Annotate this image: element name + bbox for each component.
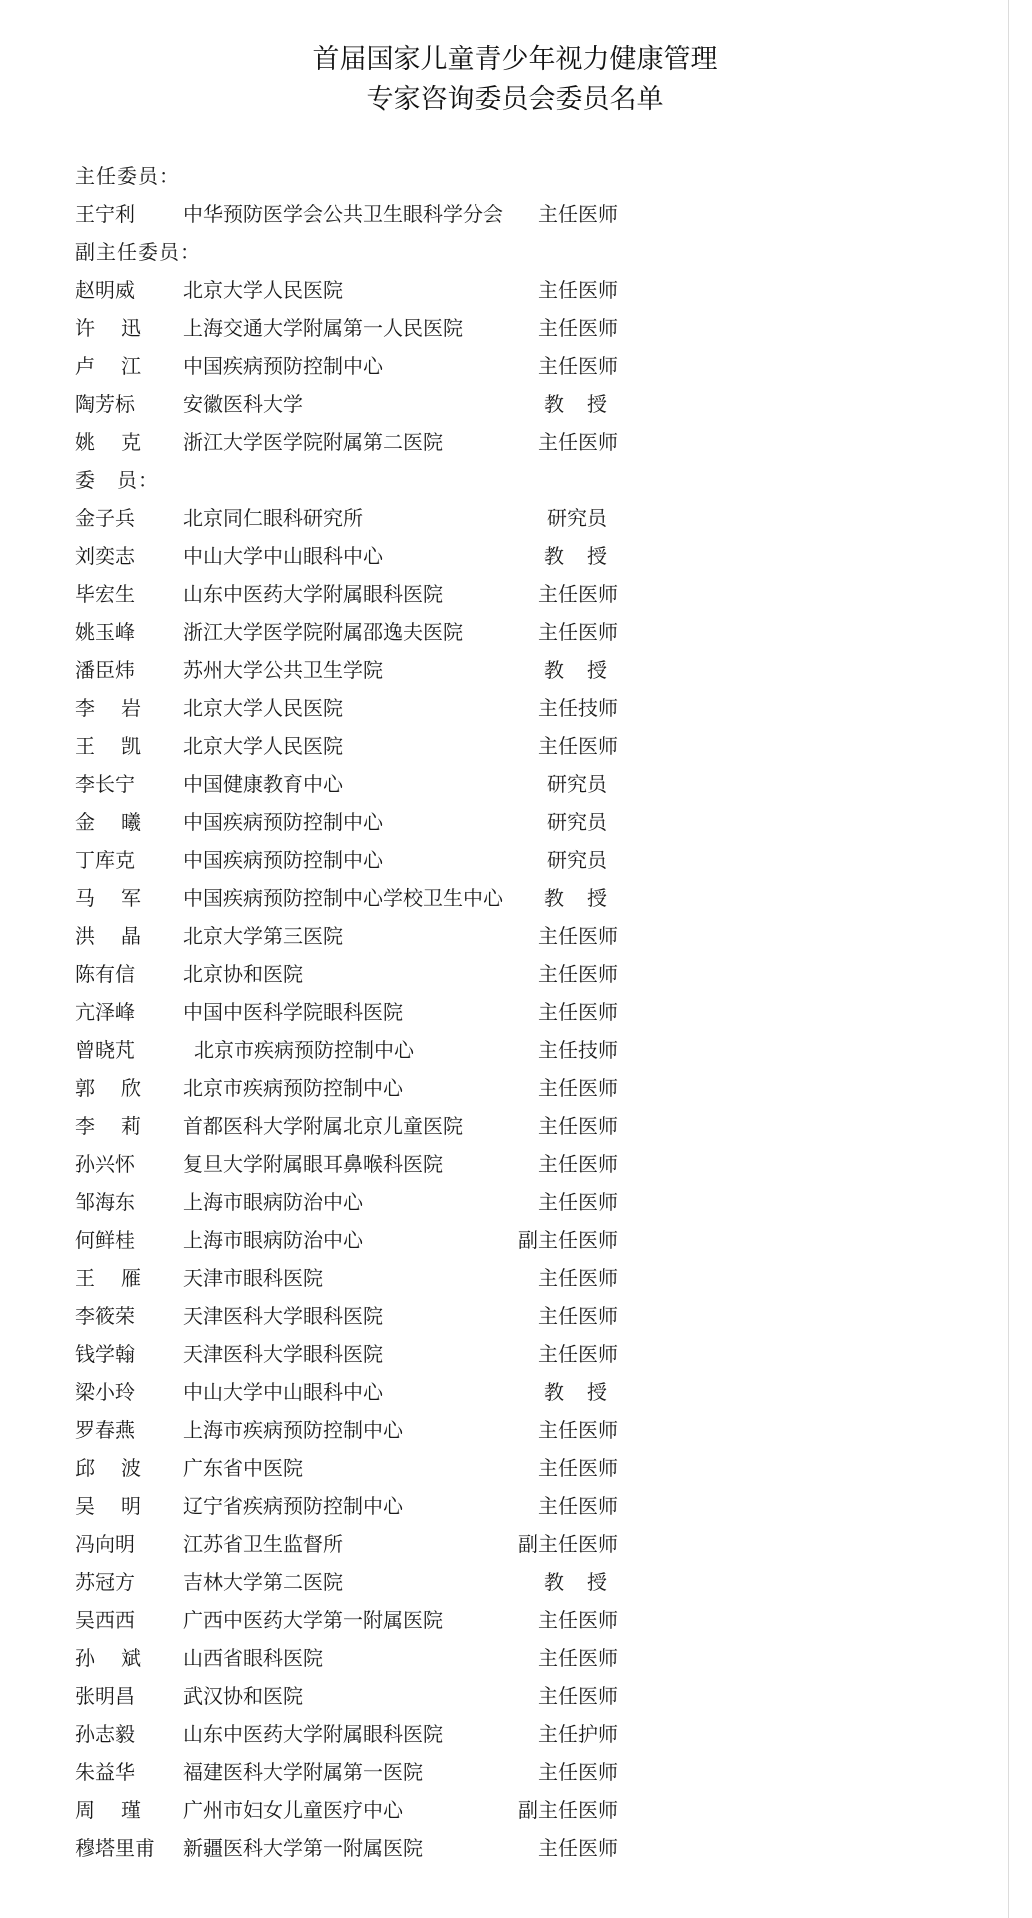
member-organization: 广西中医药大学第一附属医院 [183, 1601, 443, 1639]
member-rank: 主任医师 [538, 1639, 618, 1677]
member-row: 梁小玲中山大学中山眼科中心教授 [75, 1373, 635, 1411]
char: 金 [75, 803, 95, 841]
member-organization: 北京市疾病预防控制中心 [194, 1031, 414, 1069]
member-name: 郭欣 [75, 1069, 141, 1107]
char: 明 [121, 1487, 141, 1525]
char: 洪 [75, 917, 95, 955]
member-organization: 北京协和医院 [183, 955, 303, 993]
member-name: 曾晓芃 [75, 1031, 175, 1069]
member-row: 邱波广东省中医院主任医师 [75, 1449, 635, 1487]
member-row: 卢江中国疾病预防控制中心主任医师 [75, 347, 635, 385]
char: 李 [75, 689, 95, 727]
member-rank: 主任医师 [538, 1145, 618, 1183]
member-name: 潘臣炜 [75, 651, 175, 689]
member-organization: 武汉协和医院 [183, 1677, 303, 1715]
member-row: 张明昌武汉协和医院主任医师 [75, 1677, 635, 1715]
member-rank: 主任医师 [538, 1069, 618, 1107]
member-organization: 新疆医科大学第一附属医院 [183, 1829, 423, 1867]
member-row: 曾晓芃北京市疾病预防控制中心主任技师 [75, 1031, 635, 1069]
char: 莉 [121, 1107, 141, 1145]
member-organization: 山西省眼科医院 [183, 1639, 323, 1677]
char: 吴 [75, 1487, 95, 1525]
char: 邱 [75, 1449, 95, 1487]
member-rank: 主任医师 [538, 727, 618, 765]
member-row: 王雁天津市眼科医院主任医师 [75, 1259, 635, 1297]
member-row: 李筱荣天津医科大学眼科医院主任医师 [75, 1297, 635, 1335]
member-organization: 中国疾病预防控制中心 [183, 841, 383, 879]
member-rank: 主任医师 [538, 195, 618, 233]
member-rank: 研究员 [547, 499, 607, 537]
section-label: 副主任委员： [75, 233, 201, 271]
member-organization: 北京大学人民医院 [183, 727, 343, 765]
member-organization: 吉林大学第二医院 [183, 1563, 343, 1601]
member-rank: 主任医师 [538, 613, 618, 651]
member-row: 丁库克中国疾病预防控制中心研究员 [75, 841, 635, 879]
section-header-vice-chairs: 副主任委员： [75, 233, 635, 271]
member-organization: 中国疾病预防控制中心 [183, 347, 383, 385]
member-organization: 首都医科大学附属北京儿童医院 [183, 1107, 463, 1145]
member-organization: 浙江大学医学院附属邵逸夫医院 [183, 613, 463, 651]
member-name: 罗春燕 [75, 1411, 175, 1449]
char: 军 [121, 879, 141, 917]
member-name: 王雁 [75, 1259, 141, 1297]
member-rank: 主任医师 [538, 1183, 618, 1221]
char: 郭 [75, 1069, 95, 1107]
char: 教 [544, 651, 564, 689]
member-name: 姚玉峰 [75, 613, 175, 651]
member-name: 陶芳标 [75, 385, 175, 423]
char: 曦 [121, 803, 141, 841]
member-row: 许迅上海交通大学附属第一人民医院主任医师 [75, 309, 635, 347]
char: 授 [587, 385, 607, 423]
member-organization: 安徽医科大学 [183, 385, 303, 423]
member-organization: 中国健康教育中心 [183, 765, 343, 803]
member-rank: 教授 [544, 537, 607, 575]
char: 教 [544, 879, 564, 917]
member-row: 吴明辽宁省疾病预防控制中心主任医师 [75, 1487, 635, 1525]
member-name: 孙斌 [75, 1639, 141, 1677]
member-rank: 教授 [544, 651, 607, 689]
member-row: 陶芳标安徽医科大学教授 [75, 385, 635, 423]
member-name: 毕宏生 [75, 575, 175, 613]
member-rank: 主任医师 [538, 347, 618, 385]
member-rank: 主任医师 [538, 993, 618, 1031]
title-line-2: 专家咨询委员会委员名单 [0, 80, 1031, 120]
member-rank: 主任医师 [538, 1601, 618, 1639]
member-row: 姚玉峰浙江大学医学院附属邵逸夫医院主任医师 [75, 613, 635, 651]
member-name: 马军 [75, 879, 141, 917]
char: 教 [544, 385, 564, 423]
member-rank: 教授 [544, 1373, 607, 1411]
member-rank: 副主任医师 [518, 1221, 618, 1259]
document-title: 首届国家儿童青少年视力健康管理 专家咨询委员会委员名单 [0, 40, 1032, 120]
member-rank: 主任医师 [538, 309, 618, 347]
char: 孙 [75, 1639, 95, 1677]
member-name: 吴明 [75, 1487, 141, 1525]
member-name: 孙志毅 [75, 1715, 175, 1753]
member-rank: 主任医师 [538, 1259, 618, 1297]
char: 迅 [121, 309, 141, 347]
char: 王 [75, 1259, 95, 1297]
member-row: 马军中国疾病预防控制中心学校卫生中心教授 [75, 879, 635, 917]
member-row: 朱益华福建医科大学附属第一医院主任医师 [75, 1753, 635, 1791]
member-name: 周瑾 [75, 1791, 141, 1829]
member-name: 吴西西 [75, 1601, 175, 1639]
member-organization: 上海市眼病防治中心 [183, 1183, 363, 1221]
char: 斌 [121, 1639, 141, 1677]
member-rank: 教授 [544, 1563, 607, 1601]
member-rank: 主任医师 [538, 1335, 618, 1373]
member-row: 苏冠方吉林大学第二医院教授 [75, 1563, 635, 1601]
member-organization: 上海交通大学附属第一人民医院 [183, 309, 463, 347]
member-name: 赵明威 [75, 271, 175, 309]
member-name: 王凯 [75, 727, 141, 765]
char: 授 [587, 537, 607, 575]
member-organization: 北京同仁眼科研究所 [183, 499, 363, 537]
member-organization: 中国中医科学院眼科医院 [183, 993, 403, 1031]
member-organization: 江苏省卫生监督所 [183, 1525, 343, 1563]
char: 王 [75, 727, 95, 765]
member-name: 张明昌 [75, 1677, 175, 1715]
member-name: 卢江 [75, 347, 141, 385]
member-name: 邱波 [75, 1449, 141, 1487]
member-organization: 天津市眼科医院 [183, 1259, 323, 1297]
member-name: 何鲜桂 [75, 1221, 175, 1259]
member-row: 李岩北京大学人民医院主任技师 [75, 689, 635, 727]
member-name: 李岩 [75, 689, 141, 727]
member-organization: 广州市妇女儿童医疗中心 [183, 1791, 403, 1829]
member-rank: 研究员 [547, 803, 607, 841]
member-organization: 山东中医药大学附属眼科医院 [183, 575, 443, 613]
member-name: 洪晶 [75, 917, 141, 955]
member-row: 周瑾广州市妇女儿童医疗中心副主任医师 [75, 1791, 635, 1829]
char: 授 [587, 879, 607, 917]
member-rank: 研究员 [547, 841, 607, 879]
member-row: 邹海东上海市眼病防治中心主任医师 [75, 1183, 635, 1221]
member-name: 刘奕志 [75, 537, 175, 575]
member-name: 穆塔里甫 [75, 1829, 175, 1867]
member-organization: 中国疾病预防控制中心学校卫生中心 [183, 879, 503, 917]
member-row: 穆塔里甫新疆医科大学第一附属医院主任医师 [75, 1829, 635, 1867]
member-row: 李长宁中国健康教育中心研究员 [75, 765, 635, 803]
char: 波 [121, 1449, 141, 1487]
member-name: 李筱荣 [75, 1297, 175, 1335]
char: 姚 [75, 423, 95, 461]
member-rank: 主任医师 [538, 1677, 618, 1715]
member-row: 刘奕志中山大学中山眼科中心教授 [75, 537, 635, 575]
member-organization: 北京大学人民医院 [183, 689, 343, 727]
char: 岩 [121, 689, 141, 727]
member-roster: 主任委员：王宁利中华预防医学会公共卫生眼科学分会主任医师副主任委员：赵明威北京大… [75, 157, 635, 1867]
member-row: 潘臣炜苏州大学公共卫生学院教授 [75, 651, 635, 689]
member-row: 孙兴怀复旦大学附属眼耳鼻喉科医院主任医师 [75, 1145, 635, 1183]
member-rank: 研究员 [547, 765, 607, 803]
member-name: 邹海东 [75, 1183, 175, 1221]
member-row: 李莉首都医科大学附属北京儿童医院主任医师 [75, 1107, 635, 1145]
member-row: 金子兵北京同仁眼科研究所研究员 [75, 499, 635, 537]
member-name: 梁小玲 [75, 1373, 175, 1411]
member-row: 陈有信北京协和医院主任医师 [75, 955, 635, 993]
member-row: 罗春燕上海市疾病预防控制中心主任医师 [75, 1411, 635, 1449]
char: 凯 [121, 727, 141, 765]
member-name: 亢泽峰 [75, 993, 175, 1031]
member-rank: 主任技师 [538, 689, 618, 727]
member-name: 丁库克 [75, 841, 175, 879]
member-organization: 北京大学第三医院 [183, 917, 343, 955]
member-organization: 苏州大学公共卫生学院 [183, 651, 383, 689]
char: 授 [587, 1373, 607, 1411]
member-rank: 副主任医师 [518, 1791, 618, 1829]
char: 许 [75, 309, 95, 347]
section-label: 主任委员： [75, 157, 180, 195]
member-name: 孙兴怀 [75, 1145, 175, 1183]
char: 教 [544, 537, 564, 575]
char: 卢 [75, 347, 95, 385]
member-rank: 主任医师 [538, 1753, 618, 1791]
member-row: 郭欣北京市疾病预防控制中心主任医师 [75, 1069, 635, 1107]
char: 晶 [121, 917, 141, 955]
member-rank: 教授 [544, 879, 607, 917]
member-rank: 教授 [544, 385, 607, 423]
char: 江 [121, 347, 141, 385]
member-name: 姚克 [75, 423, 141, 461]
member-organization: 上海市疾病预防控制中心 [183, 1411, 403, 1449]
member-row: 王宁利中华预防医学会公共卫生眼科学分会主任医师 [75, 195, 635, 233]
member-row: 赵明威北京大学人民医院主任医师 [75, 271, 635, 309]
member-row: 王凯北京大学人民医院主任医师 [75, 727, 635, 765]
char: 周 [75, 1791, 95, 1829]
member-rank: 主任医师 [538, 955, 618, 993]
member-name: 陈有信 [75, 955, 175, 993]
member-rank: 主任医师 [538, 271, 618, 309]
section-label: 委 员： [75, 461, 159, 499]
char: 瑾 [121, 1791, 141, 1829]
member-rank: 主任医师 [538, 1297, 618, 1335]
char: 雁 [121, 1259, 141, 1297]
member-rank: 主任技师 [538, 1031, 618, 1069]
page-edge-divider [1008, 0, 1009, 1918]
member-organization: 中国疾病预防控制中心 [183, 803, 383, 841]
member-rank: 主任医师 [538, 1411, 618, 1449]
member-rank: 主任医师 [538, 1487, 618, 1525]
member-organization: 福建医科大学附属第一医院 [183, 1753, 423, 1791]
member-rank: 主任医师 [538, 575, 618, 613]
member-name: 李莉 [75, 1107, 141, 1145]
member-organization: 天津医科大学眼科医院 [183, 1335, 383, 1373]
member-name: 苏冠方 [75, 1563, 175, 1601]
char: 授 [587, 651, 607, 689]
member-organization: 浙江大学医学院附属第二医院 [183, 423, 443, 461]
member-organization: 中华预防医学会公共卫生眼科学分会 [183, 195, 503, 233]
member-row: 孙志毅山东中医药大学附属眼科医院主任护师 [75, 1715, 635, 1753]
member-rank: 副主任医师 [518, 1525, 618, 1563]
char: 授 [587, 1563, 607, 1601]
char: 李 [75, 1107, 95, 1145]
member-row: 吴西西广西中医药大学第一附属医院主任医师 [75, 1601, 635, 1639]
title-line-1: 首届国家儿童青少年视力健康管理 [0, 40, 1031, 80]
member-rank: 主任医师 [538, 1107, 618, 1145]
section-header-chair: 主任委员： [75, 157, 635, 195]
char: 教 [544, 1373, 564, 1411]
member-row: 孙斌山西省眼科医院主任医师 [75, 1639, 635, 1677]
member-organization: 中山大学中山眼科中心 [183, 537, 383, 575]
member-name: 王宁利 [75, 195, 175, 233]
member-row: 姚克浙江大学医学院附属第二医院主任医师 [75, 423, 635, 461]
member-rank: 主任医师 [538, 1449, 618, 1487]
member-name: 许迅 [75, 309, 141, 347]
member-row: 毕宏生山东中医药大学附属眼科医院主任医师 [75, 575, 635, 613]
member-organization: 天津医科大学眼科医院 [183, 1297, 383, 1335]
member-row: 金曦中国疾病预防控制中心研究员 [75, 803, 635, 841]
member-row: 钱学翰天津医科大学眼科医院主任医师 [75, 1335, 635, 1373]
char: 马 [75, 879, 95, 917]
member-organization: 广东省中医院 [183, 1449, 303, 1487]
member-rank: 主任医师 [538, 423, 618, 461]
member-row: 冯向明江苏省卫生监督所副主任医师 [75, 1525, 635, 1563]
member-row: 洪晶北京大学第三医院主任医师 [75, 917, 635, 955]
member-organization: 上海市眼病防治中心 [183, 1221, 363, 1259]
char: 欣 [121, 1069, 141, 1107]
member-name: 冯向明 [75, 1525, 175, 1563]
member-name: 钱学翰 [75, 1335, 175, 1373]
member-name: 金曦 [75, 803, 141, 841]
section-header-members: 委 员： [75, 461, 635, 499]
member-rank: 主任医师 [538, 917, 618, 955]
member-name: 金子兵 [75, 499, 175, 537]
member-organization: 北京大学人民医院 [183, 271, 343, 309]
member-rank: 主任医师 [538, 1829, 618, 1867]
member-rank: 主任护师 [538, 1715, 618, 1753]
member-name: 朱益华 [75, 1753, 175, 1791]
member-organization: 北京市疾病预防控制中心 [183, 1069, 403, 1107]
member-name: 李长宁 [75, 765, 175, 803]
member-organization: 山东中医药大学附属眼科医院 [183, 1715, 443, 1753]
char: 克 [121, 423, 141, 461]
member-row: 亢泽峰中国中医科学院眼科医院主任医师 [75, 993, 635, 1031]
member-organization: 复旦大学附属眼耳鼻喉科医院 [183, 1145, 443, 1183]
member-organization: 辽宁省疾病预防控制中心 [183, 1487, 403, 1525]
char: 教 [544, 1563, 564, 1601]
member-row: 何鲜桂上海市眼病防治中心副主任医师 [75, 1221, 635, 1259]
member-organization: 中山大学中山眼科中心 [183, 1373, 383, 1411]
